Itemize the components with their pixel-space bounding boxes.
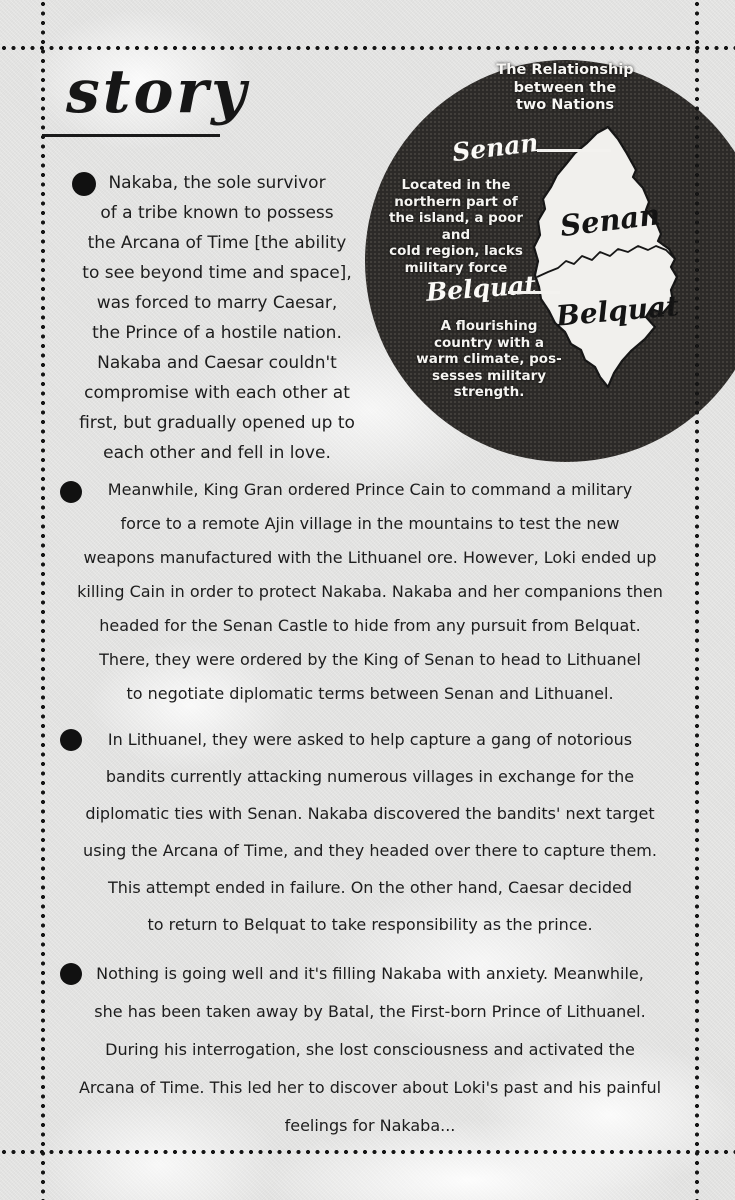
story-line: headed for the Senan Castle to hide from… [40, 609, 700, 643]
story-line: compromise with each other at [58, 378, 376, 408]
manga-story-page: story Senan Belquat The Relationship bet… [0, 0, 735, 1200]
story-line: Arcana of Time. This led her to discover… [40, 1069, 700, 1107]
story-line: Nothing is going well and it's filling N… [40, 955, 700, 993]
story-line: first, but gradually opened up to [58, 408, 376, 438]
story-line: killing Cain in order to protect Nakaba.… [40, 575, 700, 609]
story-line: This attempt ended in failure. On the ot… [40, 869, 700, 906]
bullet-icon [60, 481, 82, 503]
bullet-icon [60, 963, 82, 985]
dotted-border-bottom [0, 1149, 735, 1155]
belquat-note-line: strength. [406, 384, 572, 401]
title-underline [42, 134, 220, 137]
story-line: weapons manufactured with the Lithuanel … [40, 541, 700, 575]
story-line: she has been taken away by Batal, the Fi… [40, 993, 700, 1031]
story-line: bandits currently attacking numerous vil… [40, 758, 700, 795]
senan-note-line: cold region, lacks [376, 243, 536, 260]
story-line: diplomatic ties with Senan. Nakaba disco… [40, 795, 700, 832]
story-line: each other and fell in love. [58, 438, 376, 468]
senan-leader-line [537, 149, 611, 152]
story-paragraph-3: In Lithuanel, they were asked to help ca… [40, 721, 700, 943]
story-line: There, they were ordered by the King of … [40, 643, 700, 677]
map-heading: The Relationship between the two Nations [462, 62, 668, 115]
belquat-note: A flourishing country with a warm climat… [406, 318, 572, 401]
story-line: was forced to marry Caesar, [58, 288, 376, 318]
story-line: Nakaba and Caesar couldn't [58, 348, 376, 378]
story-line: During his interrogation, she lost consc… [40, 1031, 700, 1069]
belquat-leader-line [508, 291, 560, 294]
senan-note: Located in the northern part of the isla… [376, 177, 536, 276]
belquat-note-line: country with a [406, 335, 572, 352]
senan-note-line: northern part of [376, 194, 536, 211]
story-line: using the Arcana of Time, and they heade… [40, 832, 700, 869]
story-line: of a tribe known to possess [58, 198, 376, 228]
story-paragraph-4: Nothing is going well and it's filling N… [40, 955, 700, 1145]
senan-note-line: the island, a poor and [376, 210, 536, 243]
story-line: feelings for Nakaba... [40, 1107, 700, 1145]
page-title: story [66, 62, 249, 122]
story-line: force to a remote Ajin village in the mo… [40, 507, 700, 541]
belquat-note-line: warm climate, pos- [406, 351, 572, 368]
story-line: Nakaba, the sole survivor [58, 168, 376, 198]
dotted-border-right [694, 0, 700, 1200]
map-heading-line: two Nations [462, 97, 668, 115]
belquat-note-line: A flourishing [406, 318, 572, 335]
map-heading-line: The Relationship [462, 62, 668, 80]
story-line: to negotiate diplomatic terms between Se… [40, 677, 700, 711]
dotted-border-left [40, 0, 46, 1200]
story-line: Meanwhile, King Gran ordered Prince Cain… [40, 473, 700, 507]
story-line: the Prince of a hostile nation. [58, 318, 376, 348]
story-line: In Lithuanel, they were asked to help ca… [40, 721, 700, 758]
senan-note-line: Located in the [376, 177, 536, 194]
map-heading-line: between the [462, 80, 668, 98]
story-paragraph-2: Meanwhile, King Gran ordered Prince Cain… [40, 473, 700, 711]
story-line: to return to Belquat to take responsibil… [40, 906, 700, 943]
belquat-callout-label: Belquat [425, 272, 536, 305]
bullet-icon [60, 729, 82, 751]
story-line: the Arcana of Time [the ability [58, 228, 376, 258]
story-paragraph-1: Nakaba, the sole survivor of a tribe kno… [58, 168, 376, 468]
dotted-border-top [0, 45, 735, 51]
bullet-icon [72, 172, 96, 196]
belquat-note-line: sesses military [406, 368, 572, 385]
story-line: to see beyond time and space], [58, 258, 376, 288]
